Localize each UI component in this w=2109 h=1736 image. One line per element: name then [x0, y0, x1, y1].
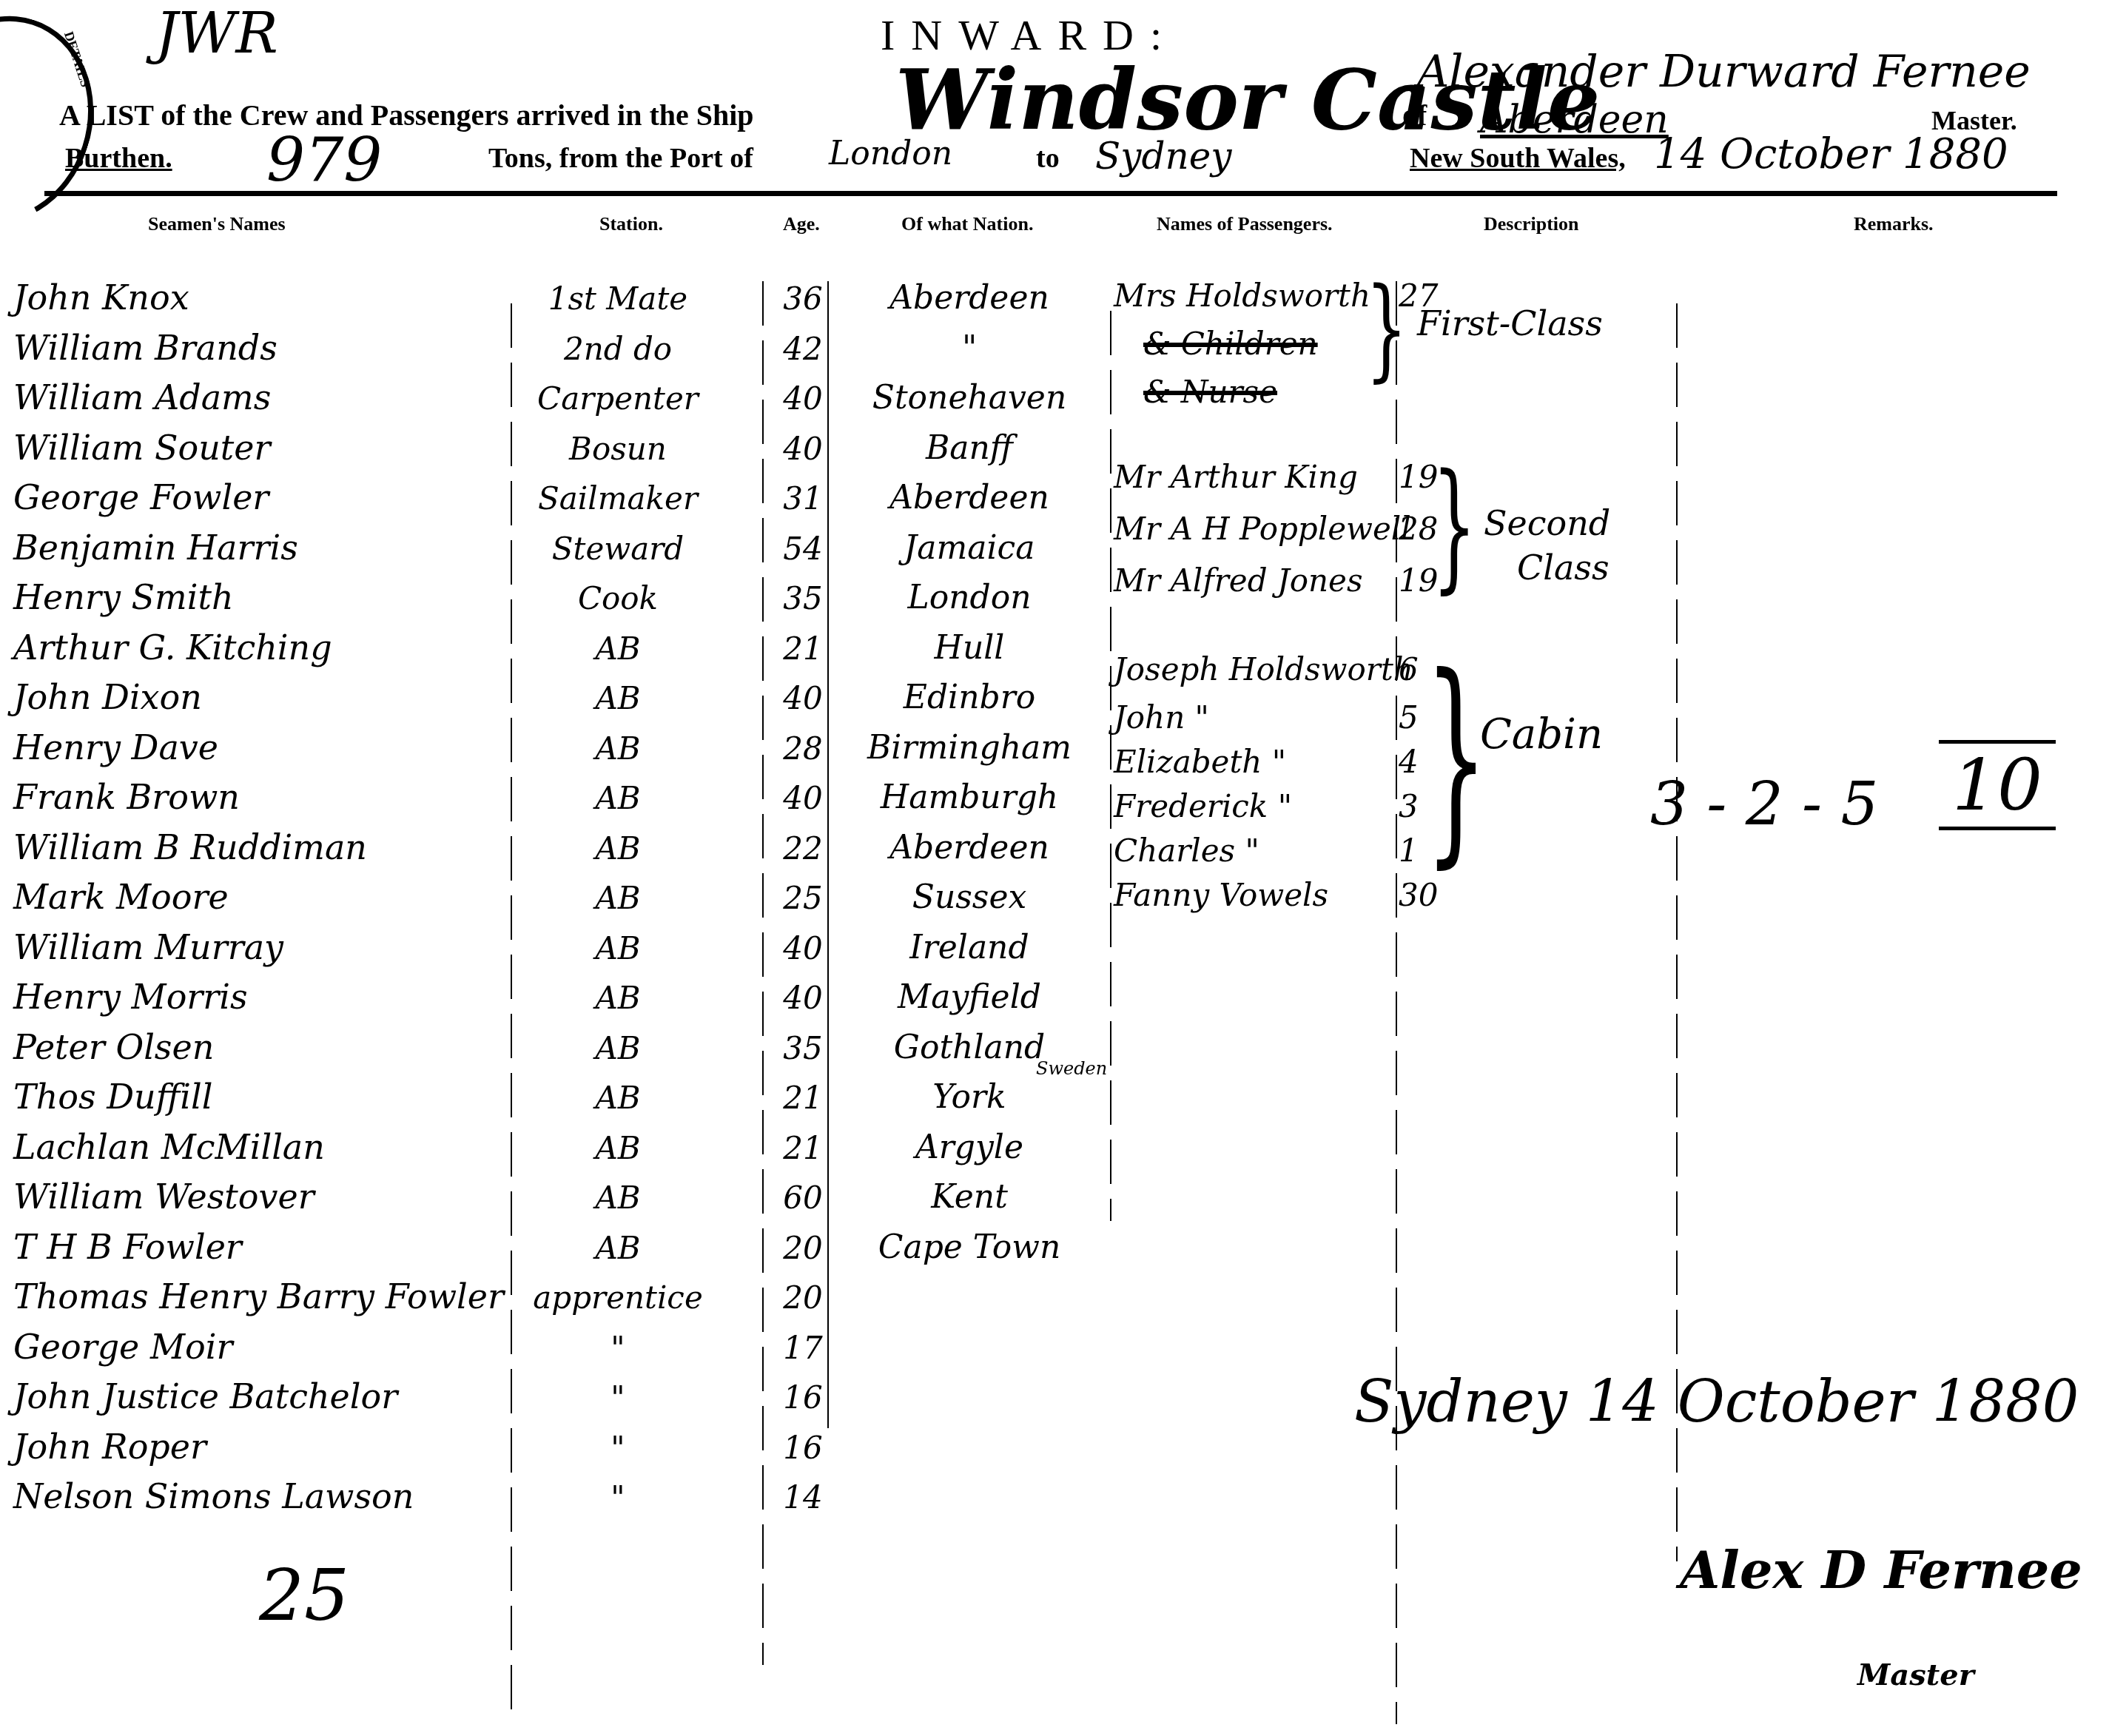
crew-name: John Dixon: [13, 677, 202, 717]
crew-nation: ": [858, 329, 1080, 367]
crew-row: George Fowler Sailmaker 31 Aberdeen: [0, 477, 1110, 526]
crew-station: AB: [511, 730, 725, 767]
crew-row: William Souter Bosun 40 Banff: [0, 428, 1110, 477]
crew-age: 20: [770, 1230, 836, 1266]
crew-station: ": [511, 1430, 725, 1466]
to-label: to: [1036, 142, 1060, 175]
passenger-name: Charles ": [1114, 832, 1259, 869]
remarks-total: 10: [1939, 740, 2056, 830]
crew-name: Lachlan McMillan: [13, 1127, 325, 1167]
departure-port: London: [829, 135, 952, 172]
brace-first-class: }: [1365, 274, 1407, 385]
passenger-name: Mrs Holdsworth: [1114, 277, 1370, 314]
crew-station: ": [511, 1330, 725, 1366]
crew-row: Thomas Henry Barry Fowler apprentice 20: [0, 1276, 1110, 1325]
crew-station: AB: [511, 1080, 725, 1116]
arrival-port: Sydney: [1095, 135, 1232, 178]
crew-name: William Westover: [13, 1177, 314, 1217]
crew-station: AB: [511, 830, 725, 867]
crew-age: 25: [770, 880, 836, 916]
crew-station: 1st Mate: [511, 280, 725, 317]
brace-second-class: }: [1432, 455, 1476, 596]
passenger-row: Joseph Holdsworth 6: [1114, 651, 1706, 700]
crew-name: T H B Fowler: [13, 1227, 242, 1267]
crew-station: Sailmaker: [511, 480, 725, 517]
colony-label: New South Wales,: [1410, 142, 1626, 175]
crew-name: William B Ruddiman: [13, 827, 367, 867]
crew-row: Benjamin Harris Steward 54 Jamaica: [0, 528, 1110, 576]
crew-nation: York: [858, 1078, 1080, 1116]
crew-row: William Adams Carpenter 40 Stonehaven: [0, 377, 1110, 426]
master-signature-role: Master: [1857, 1658, 1974, 1692]
column-remarks: Remarks.: [1854, 213, 1934, 235]
crew-age: 21: [770, 1080, 836, 1116]
crew-station: Steward: [511, 531, 725, 567]
passenger-name: Joseph Holdsworth: [1114, 651, 1413, 687]
crew-row: John Dixon AB 40 Edinbro: [0, 677, 1110, 726]
crew-name: Arthur G. Kitching: [13, 628, 332, 667]
crew-name: Henry Dave: [13, 727, 218, 767]
crew-station: AB: [511, 930, 725, 966]
crew-row: Mark Moore AB 25 Sussex: [0, 877, 1110, 926]
crew-nation: Sussex: [858, 878, 1080, 916]
crew-row: John Knox 1st Mate 36 Aberdeen: [0, 277, 1110, 326]
column-seamen-names: Seamen's Names: [148, 213, 286, 235]
crew-row: Nelson Simons Lawson " 14: [0, 1476, 1110, 1525]
passenger-age: 4: [1399, 744, 1419, 780]
crew-row: Henry Smith Cook 35 London: [0, 577, 1110, 626]
master-signature: Alex D Fernee: [1680, 1539, 2082, 1601]
crew-nation: Birmingham: [858, 729, 1080, 767]
crew-station: 2nd do: [511, 331, 725, 367]
description-first-class: First-Class: [1417, 303, 1603, 343]
passenger-row: Mrs Holdsworth 27: [1114, 277, 1706, 326]
crew-nation: Kent: [858, 1178, 1080, 1216]
column-station: Station.: [599, 213, 663, 235]
crew-nation: Aberdeen: [858, 279, 1080, 317]
description-cabin: Cabin: [1480, 710, 1603, 758]
office-mark: JWR: [155, 0, 278, 66]
crew-station: AB: [511, 780, 725, 816]
crew-name: John Roper: [13, 1427, 206, 1467]
crew-row: William Murray AB 40 Ireland: [0, 927, 1110, 976]
of-label: of: [1402, 98, 1427, 132]
crew-station: Carpenter: [511, 380, 725, 417]
crew-nation: Banff: [858, 429, 1080, 467]
description-second-class: Second: [1484, 503, 1610, 543]
crew-age: 35: [770, 580, 836, 616]
crew-station: AB: [511, 1180, 725, 1216]
crew-nation: Argyle: [858, 1128, 1080, 1166]
passenger-row: Frederick " 3: [1114, 788, 1706, 837]
crew-name: Mark Moore: [13, 877, 229, 917]
master-name: Alexander Durward Fernee: [1417, 46, 2031, 98]
crew-age: 40: [770, 431, 836, 467]
crew-name: George Fowler: [13, 477, 269, 517]
crew-age: 31: [770, 480, 836, 517]
crew-age: 54: [770, 531, 836, 567]
crew-age: 40: [770, 680, 836, 716]
crew-name: Henry Smith: [13, 577, 234, 617]
crew-nation: Cape Town: [858, 1228, 1080, 1266]
crew-name: George Moir: [13, 1327, 232, 1367]
passenger-age: 6: [1399, 651, 1419, 687]
crew-row: Henry Dave AB 28 Birmingham: [0, 727, 1110, 776]
burthen-label: Burthen.: [65, 142, 172, 175]
passenger-age: 5: [1399, 699, 1419, 736]
crew-name: Benjamin Harris: [13, 528, 298, 568]
crew-name: Peter Olsen: [13, 1027, 214, 1067]
tons-from-label: Tons, from the Port of: [488, 142, 753, 175]
crew-age: 40: [770, 380, 836, 417]
crew-name: Henry Morris: [13, 977, 248, 1017]
crew-station: AB: [511, 880, 725, 916]
crew-row: William Brands 2nd do 42 ": [0, 328, 1110, 377]
column-description: Description: [1484, 213, 1579, 235]
crew-row: T H B Fowler AB 20 Cape Town: [0, 1227, 1110, 1276]
passenger-name: John ": [1114, 699, 1209, 736]
crew-total: 25: [259, 1554, 349, 1637]
crew-name: Thomas Henry Barry Fowler: [13, 1276, 504, 1316]
passenger-row: Fanny Vowels 30: [1114, 877, 1706, 926]
column-divider: [1110, 311, 1111, 1221]
crew-name: Frank Brown: [13, 777, 240, 817]
passenger-name: & Children: [1143, 326, 1318, 362]
crew-nation: London: [858, 579, 1080, 616]
description-second-class-2: Class: [1517, 548, 1609, 588]
passenger-name: Mr A H Popplewell: [1114, 511, 1411, 547]
tonnage-value: 979: [266, 126, 383, 196]
crew-row: Frank Brown AB 40 Hamburgh: [0, 777, 1110, 826]
crew-row: John Justice Batchelor " 16: [0, 1376, 1110, 1425]
crew-nation: Mayfield: [858, 978, 1080, 1016]
crew-age: 35: [770, 1030, 836, 1066]
passenger-row: Mr A H Popplewell 28: [1114, 511, 1706, 559]
crew-age: 20: [770, 1279, 836, 1316]
crew-station: ": [511, 1479, 725, 1515]
crew-age: 28: [770, 730, 836, 767]
crew-nation: Aberdeen: [858, 479, 1080, 517]
crew-row: George Moir " 17: [0, 1327, 1110, 1376]
crew-age: 17: [770, 1330, 836, 1366]
crew-age: 60: [770, 1180, 836, 1216]
crew-row: Henry Morris AB 40 Mayfield: [0, 977, 1110, 1026]
passenger-row: Mr Arthur King 19: [1114, 459, 1706, 508]
passenger-name: Mr Alfred Jones: [1114, 562, 1363, 599]
crew-nation: Hamburgh: [858, 778, 1080, 816]
crew-age: 40: [770, 980, 836, 1016]
crew-name: William Souter: [13, 428, 271, 468]
crew-age: 40: [770, 930, 836, 966]
crew-nation: Stonehaven: [858, 379, 1080, 417]
crew-station: AB: [511, 1030, 725, 1066]
crew-name: William Murray: [13, 927, 283, 967]
crew-row: Lachlan McMillan AB 21 Argyle: [0, 1127, 1110, 1176]
passenger-name: & Nurse: [1143, 374, 1277, 410]
crew-station: Cook: [511, 580, 725, 616]
home-port: Aberdeen: [1480, 98, 1669, 142]
crew-name: William Adams: [13, 377, 271, 417]
passenger-age: 1: [1399, 832, 1419, 869]
brace-cabin: }: [1424, 647, 1488, 869]
remarks-tally: 3 - 2 - 5: [1650, 770, 1878, 838]
crew-age: 42: [770, 331, 836, 367]
crew-age: 36: [770, 280, 836, 317]
crew-name: Nelson Simons Lawson: [13, 1476, 414, 1516]
arrival-date: 14 October 1880: [1654, 130, 2008, 178]
list-prefix-text: A LIST of the Crew and Passengers arrive…: [59, 98, 754, 132]
crew-station: ": [511, 1379, 725, 1416]
crew-station: AB: [511, 680, 725, 716]
passenger-name: Mr Arthur King: [1114, 459, 1358, 495]
passenger-row: Charles " 1: [1114, 832, 1706, 881]
crew-nation: Ireland: [858, 929, 1080, 966]
crew-age: 21: [770, 1130, 836, 1166]
crew-age: 16: [770, 1379, 836, 1416]
crew-age: 22: [770, 830, 836, 867]
column-passengers: Names of Passengers.: [1157, 213, 1333, 235]
crew-name: John Knox: [13, 277, 189, 317]
signing-place-date: Sydney 14 October 1880: [1354, 1369, 2079, 1436]
crew-row: William Westover AB 60 Kent: [0, 1177, 1110, 1225]
crew-nation: Edinbro: [858, 679, 1080, 716]
crew-row: John Roper " 16: [0, 1427, 1110, 1476]
crew-nation: Jamaica: [858, 529, 1080, 567]
crew-age: 40: [770, 780, 836, 816]
crew-name: Thos Duffill: [13, 1077, 212, 1117]
crew-station: apprentice: [511, 1279, 725, 1316]
crew-row: Peter Olsen AB 35 Gothland Sweden: [0, 1027, 1110, 1076]
passenger-name: Frederick ": [1114, 788, 1292, 824]
crew-station: Bosun: [511, 431, 725, 467]
passenger-row: Elizabeth " 4: [1114, 744, 1706, 793]
column-age: Age.: [783, 213, 820, 235]
column-nation: Of what Nation.: [901, 213, 1033, 235]
passenger-age: 3: [1399, 788, 1419, 824]
crew-age: 21: [770, 630, 836, 667]
crew-station: AB: [511, 980, 725, 1016]
passenger-row: Mr Alfred Jones 19: [1114, 562, 1706, 611]
crew-row: Arthur G. Kitching AB 21 Hull: [0, 628, 1110, 676]
crew-station: AB: [511, 630, 725, 667]
crew-nation: Hull: [858, 629, 1080, 667]
passenger-name: Elizabeth ": [1114, 744, 1286, 780]
crew-age: 14: [770, 1479, 836, 1515]
passenger-name: Fanny Vowels: [1114, 877, 1328, 913]
header-rule: [44, 191, 2057, 196]
crew-age: 16: [770, 1430, 836, 1466]
passenger-row: John " 5: [1114, 699, 1706, 748]
crew-nation-note: Sweden: [1036, 1058, 1107, 1079]
crew-name: John Justice Batchelor: [13, 1376, 397, 1416]
crew-row: Thos Duffill AB 21 York: [0, 1077, 1110, 1126]
crew-name: William Brands: [13, 328, 277, 368]
passenger-row: & Nurse: [1114, 374, 1706, 423]
crew-row: William B Ruddiman AB 22 Aberdeen: [0, 827, 1110, 876]
passenger-row: & Children: [1114, 326, 1706, 374]
crew-station: AB: [511, 1230, 725, 1266]
crew-nation: Aberdeen: [858, 829, 1080, 867]
crew-station: AB: [511, 1130, 725, 1166]
